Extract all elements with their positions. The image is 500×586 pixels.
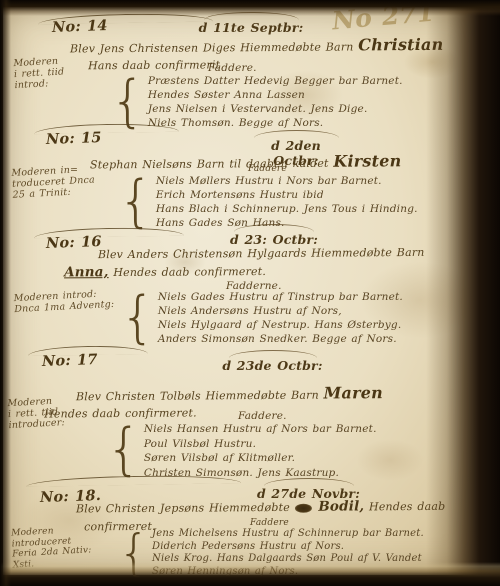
sponsor-line: Jens Nielsen i Vestervandet. Jens Dige. — [148, 102, 403, 116]
sponsor-line: Søren Vilsbøl af Klitmøller. — [144, 451, 377, 466]
sponsor-line: Niels Hylgaard af Nestrup. Hans Østerbyg… — [158, 318, 403, 332]
page-content: No: 14 d 11te Septbr: No 271 Blev Jens C… — [0, 0, 500, 586]
child-name: Maren — [324, 383, 383, 402]
sponsors-list: { Niels Gades Hustru af Tinstrup bar Bar… — [120, 290, 403, 346]
entry-date-text: d 23de Octbr: — [220, 358, 325, 373]
record-text-pre: Blev Christen Jepsøns Hiemmedøbte — [76, 501, 290, 515]
record-text-pre: Blev Christen Tolbøls Hiemmedøbte Barn — [76, 389, 319, 404]
record-text-line2: Hans daab confirmerit — [88, 59, 220, 73]
sponsor-line: Diderich Pedersøns Hustru af Nors. — [152, 541, 424, 554]
overline-flourish — [254, 130, 339, 138]
sponsor-line: Niels Krog. Hans Dalgaards Søn Poul af V… — [152, 553, 424, 566]
entry-date: d 23de Octbr: — [220, 350, 325, 373]
sponsors-label: Faddere — [250, 518, 289, 528]
sponsors-label: Faddere. — [238, 410, 287, 422]
opening-brace: { — [118, 174, 154, 230]
margin-note-line: introducer: — [8, 418, 65, 432]
sponsor-line: Søren Henningsøn af Nors. — [152, 566, 424, 579]
sponsor-line: Niels Thomsøn. Begge af Nors. — [148, 116, 403, 130]
entry-date-text: d 11te Septbr: — [196, 20, 306, 35]
record-text-pre: Blev Anders Christensøn Hylgaards Hiemme… — [98, 246, 425, 261]
sponsor-line: Anders Simonsøn Snedker. Begge af Nors. — [158, 332, 403, 346]
sponsor-line: Jens Michelsens Hustru af Schinnerup bar… — [152, 528, 424, 541]
sponsors-label: Faddere — [248, 164, 287, 174]
margin-note: Moderen introd: Dnca 1ma Adventg: — [13, 287, 132, 316]
child-name: Kirsten — [333, 151, 401, 170]
margin-note: Moderen i rett. tiid introducer: — [7, 394, 91, 432]
sponsors-list: { Niels Hansen Hustru af Nors bar Barnet… — [106, 422, 377, 480]
sponsor-line: Niels Møllers Hustru i Nors bar Barnet. — [156, 174, 418, 188]
child-name: Christian — [358, 35, 443, 55]
record-text-pre: Blev Jens Christensen Diges Hiemmedøbte … — [70, 40, 354, 55]
margin-note-line: 25 a Trinit: — [12, 187, 71, 201]
record-text-post: Hendes daab confirmeret. — [113, 265, 266, 279]
entry-number: No: 14 — [52, 17, 108, 36]
sponsor-line: Niels Gades Hustru af Tinstrup bar Barne… — [158, 290, 403, 304]
baptism-record-text: Blev Anders Christensøn Hylgaards Hiemme… — [64, 245, 466, 283]
overline-flourish — [204, 12, 299, 20]
sponsor-line: Hans Blach i Schinnerup. Jens Tous i Hin… — [156, 202, 418, 216]
entry-number: No: 17 — [42, 351, 98, 370]
overline-flourish — [229, 350, 317, 358]
entry-date: d 11te Septbr: — [196, 12, 306, 35]
margin-note: Moderen introduceret Feria 2da Nativ: Xs… — [11, 524, 108, 571]
opening-brace: { — [106, 422, 142, 480]
sponsor-line: Niels Andersøns Hustru af Nors, — [158, 304, 403, 318]
entry-date: d 23: Octbr: — [224, 224, 324, 247]
sponsors-list: { Niels Møllers Hustru i Nors bar Barnet… — [118, 174, 418, 230]
opening-brace: { — [120, 290, 156, 346]
sponsors-list: { Jens Michelsens Hustru af Schinnerup b… — [118, 528, 424, 578]
sponsors-label: Faddere. — [208, 62, 257, 74]
sponsor-line: Poul Vilsbøl Hustru. — [144, 437, 377, 452]
page-number: No 271 — [331, 0, 436, 35]
sponsor-line: Erich Mortensøns Hustru ibid — [156, 188, 418, 202]
overline-flourish — [234, 224, 314, 232]
opening-brace: { — [110, 74, 146, 130]
margin-note-line: introd: — [14, 79, 48, 92]
opening-brace: { — [118, 528, 150, 578]
sponsor-line: Niels Hansen Hustru af Nors bar Barnet. — [144, 422, 377, 437]
child-name: Bodil, — [318, 498, 364, 514]
record-text-post: Hendes daab — [369, 500, 445, 514]
entry-number: No: 15 — [46, 129, 102, 148]
book-cover: No: 14 d 11te Septbr: No 271 Blev Jens C… — [0, 0, 500, 586]
sponsor-line: Præstens Datter Hedevig Begger bar Barne… — [148, 74, 403, 88]
sponsor-line: Hendes Søster Anna Lassen — [148, 88, 403, 102]
margin-note: Moderen i rett. tiid introd: — [13, 54, 95, 92]
ink-blot — [295, 503, 312, 512]
sponsors-list: { Præstens Datter Hedevig Begger bar Bar… — [110, 74, 403, 130]
overline-flourish — [264, 478, 354, 486]
margin-note: Moderen in= troduceret Dnca 25 a Trinit: — [11, 162, 121, 201]
margin-note-line: Xsti. — [13, 559, 35, 570]
child-name: Anna, — [64, 264, 109, 280]
